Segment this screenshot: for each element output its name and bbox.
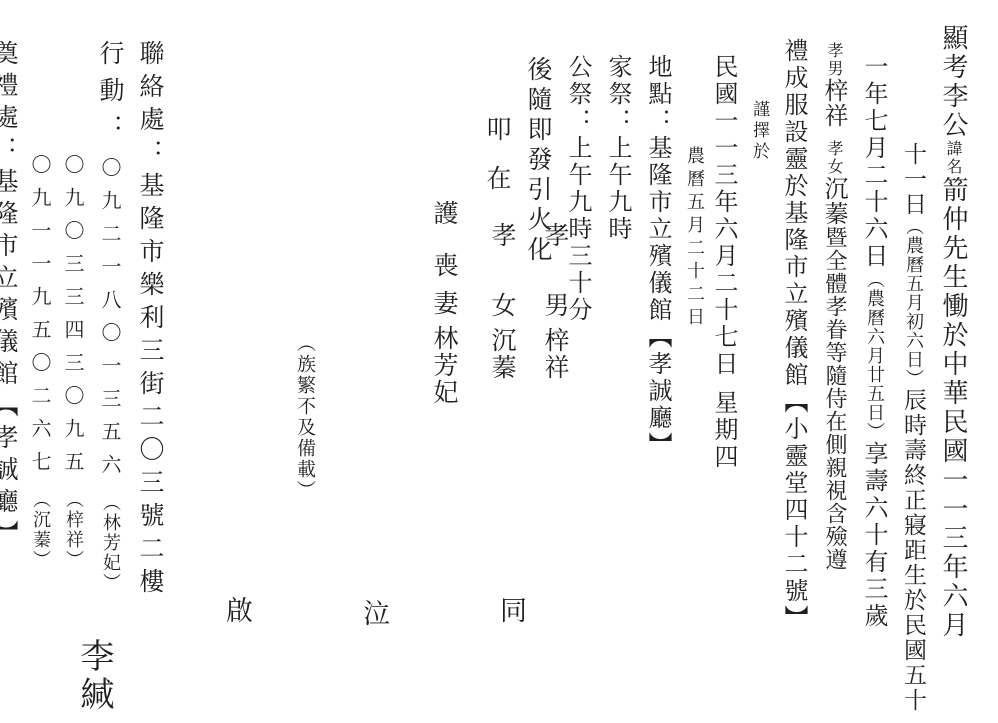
wife-role-char: 護 [430, 200, 459, 225]
wife-role-char-2: 喪 [430, 252, 459, 277]
signer-daughter: 孝女沉蓁 [484, 222, 520, 381]
taboo-name-label: 諱名 [944, 140, 963, 176]
col-family-rite: 家祭：上午九時 [601, 54, 636, 718]
clan-note: （族繁不及備載） [292, 333, 319, 501]
clan-note-text: （族繁不及備載） [294, 333, 316, 501]
col-mourning-hall: 禮成服設靈於基隆市立殯儀館【小靈堂四十二號】 [777, 38, 812, 718]
col-phone-3: 〇九一一九五〇二六七（沉蓁） [26, 40, 55, 710]
wife-signature-name: 林芳妃 [430, 325, 459, 406]
birth-date-lunar: （農曆六月廿五日） [864, 270, 885, 441]
contact-section: 聯絡處：基隆市樂利三街二〇三號二樓 行動：〇九二一八〇一三五六（林芳妃） 〇九〇… [0, 40, 168, 710]
col-rite-venue: 奠禮處：基隆市立殯儀館【孝誠廳】 [0, 40, 22, 710]
son-role-char: 孝 [541, 222, 570, 247]
obituary-page: 顯考李公諱名箭仲先生慟於中華民國一一三年六月 十一日（農曆五月初六日）辰時壽終正… [0, 0, 998, 723]
col-funeral-date: 民國一一三年六月二十七日星期四 農曆五月二十二日 [681, 24, 742, 718]
attendance-statement: 暨全體孝眷等隨侍在側親視含殮遵 [822, 226, 847, 571]
kowtow-char-2: 在 [483, 165, 512, 192]
phone-owner-3: （沉蓁） [30, 490, 51, 570]
birth-date: 一年七月二十六日 [860, 54, 888, 270]
phone-owner-2: （梓祥） [63, 490, 84, 570]
deceased-title: 顯考李公 [938, 24, 968, 140]
phone-number-1: 〇九二一八〇一三五六 [98, 157, 122, 487]
daughter-role-char: 孝 [488, 222, 517, 247]
col-phone-1: 行動：〇九二一八〇一三五六（林芳妃） [92, 40, 128, 710]
kowtow-char: 叩 [483, 116, 512, 143]
death-date-lunar: （農曆五月初六日） [903, 217, 924, 388]
contact-address: 聯絡處：基隆市樂利三街二〇三號二樓 [136, 40, 165, 601]
son-name: 梓祥 [820, 78, 848, 128]
son-signature-name: 梓祥 [541, 327, 570, 381]
daughter-signature-name: 沉蓁 [488, 327, 517, 381]
death-date: 十一日 [900, 142, 926, 217]
col-children: 孝男梓祥孝女沉蓁暨全體孝眷等隨侍在側親視含殮遵 [817, 42, 852, 718]
son-role-char-2: 男 [541, 292, 570, 317]
family-rite-time: 家祭：上午九時 [604, 54, 632, 243]
col-phone-2: 〇九〇三三四三〇九五（梓祥） [59, 40, 88, 710]
signer-son: 孝男梓祥 [537, 222, 573, 381]
death-time-statement: 辰時壽終正寢距生於民國五十 [900, 388, 926, 713]
rite-venue: 奠禮處：基隆市立殯儀館【孝誠廳】 [0, 40, 19, 552]
funeral-date-lunar: 農曆五月二十二日 [681, 146, 707, 718]
daughter-name: 沉蓁 [820, 176, 848, 226]
joint-char-tong: 同 [500, 589, 527, 628]
daughter-label: 孝女 [825, 140, 844, 176]
son-label: 孝男 [825, 42, 844, 78]
age-statement: 享壽六十有三歲 [860, 441, 888, 630]
col-public-rite: 公祭：上午九時三十分 [561, 54, 596, 718]
phone-number-2: 〇九〇三三四三〇九五 [61, 154, 85, 484]
col-death-date: 十一日（農曆五月初六日）辰時壽終正寢距生於民國五十 [897, 142, 930, 718]
funeral-date: 民國一一三年六月二十七日 [710, 54, 738, 378]
daughter-role-char-2: 女 [488, 292, 517, 317]
funeral-weekday: 星期四 [710, 390, 738, 471]
joint-char-qi: 泣 [363, 592, 390, 631]
joint-char-qi2: 啟 [226, 589, 253, 628]
location-statement: 地點：基隆市立殯儀館【孝誠廳】 [644, 54, 672, 459]
phone-owner-1: （林芳妃） [100, 493, 121, 593]
col-contact-address: 聯絡處：基隆市樂利三街二〇三號二樓 [132, 40, 168, 710]
col-location: 地點：基隆市立殯儀館【孝誠廳】 [641, 54, 676, 718]
mobile-label: 行動： [96, 40, 125, 151]
phone-number-3: 〇九一一九五〇二六七 [28, 154, 52, 484]
family-seal: 李緘 [70, 638, 119, 714]
col-chosen-on: 謹擇於 [747, 100, 772, 718]
col-birth-date: 一年七月二十六日（農曆六月廿五日）享壽六十有三歲 [857, 54, 892, 718]
funeral-date-lunar-text: 農曆五月二十二日 [684, 146, 705, 330]
deceased-name-statement: 箭仲先生慟於中華民國一一三年六月 [938, 176, 968, 640]
wife-role-char-3: 妻 [430, 290, 459, 315]
signer-wife: 護喪妻林芳妃 [426, 200, 462, 406]
chosen-on-label: 謹擇於 [749, 100, 769, 163]
col-deceased-title: 顯考李公諱名箭仲先生慟於中華民國一一三年六月 [935, 24, 972, 718]
mourning-hall-statement: 禮成服設靈於基隆市立殯儀館【小靈堂四十二號】 [780, 38, 808, 632]
funeral-date-main: 民國一一三年六月二十七日星期四 [707, 54, 742, 718]
